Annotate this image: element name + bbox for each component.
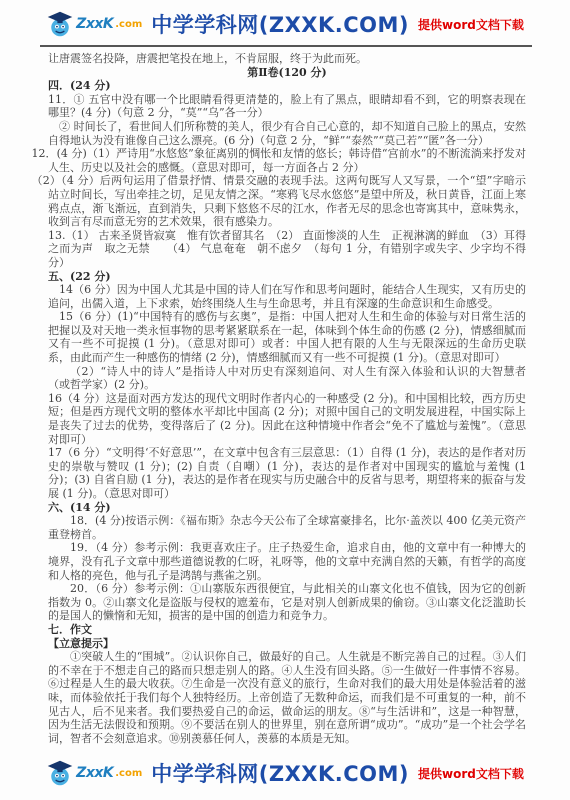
answer-16: 16（4 分）这是面对西方发达的现代文明时作者内心的一种感受 (2 分)。和中国… — [48, 392, 526, 446]
site-title-footer: 中学学科网(ZXXK.COM) — [151, 758, 409, 788]
answer-12-1: 12．(4 分)（1）严诗用“水悠悠”象征离别的惆怅和友情的悠长；韩诗借“宫前水… — [48, 147, 526, 174]
composition-hints: ①突破人生的“围城”。②认识你自己，做最好的自己。人生就是不断完善自己的过程。③… — [48, 650, 526, 745]
answer-13: 13.（1） 古来圣贤皆寂寞 惟有饮者留其名 （2） 直面惨淡的人生 正视淋漓的… — [48, 229, 526, 270]
brand-suffix: .com — [115, 19, 142, 30]
footer: ZxxK.com 中学学科网(ZXXK.COM) 提供word文档下载 — [0, 758, 570, 788]
intro-line: 让唐震签名投降，唐震把笔投在地上，不肯屈服，终于为此而死。 — [48, 52, 526, 66]
answer-18: 18．(4 分)按语示例：《福布斯》杂志今天公布了全球富豪排名，比尔·盖茨以 4… — [48, 514, 526, 541]
composition-hint-label: 【立意提示】 — [48, 637, 526, 651]
zxxk-logo: ZxxK.com — [46, 10, 142, 38]
brand-suffix: .com — [115, 768, 142, 779]
answer-20: 20．（6 分）参考示例：①山寨版东西很便宜，与此相关的山寨文化也不值钱，因为它… — [48, 582, 526, 623]
brand-text: ZxxK — [76, 16, 113, 32]
section-heading-5: 五、(22 分) — [48, 270, 526, 284]
zxxk-mascot-icon — [46, 10, 74, 38]
volume-title: 第Ⅱ卷(120 分) — [48, 66, 526, 80]
site-title: 中学学科网(ZXXK.COM) — [151, 9, 409, 39]
document-body: 让唐震签名投降，唐震把笔投在地上，不肯屈服，终于为此而死。 第Ⅱ卷(120 分)… — [48, 52, 526, 745]
document-page: ZxxK.com 中学学科网(ZXXK.COM) 提供word文档下载 让唐震签… — [0, 0, 570, 800]
brand-text: ZxxK — [76, 765, 113, 781]
download-tagline: 提供word文档下载 — [418, 16, 524, 33]
header-divider — [40, 45, 532, 47]
zxxk-logo-footer: ZxxK.com — [46, 759, 142, 787]
download-tagline-footer: 提供word文档下载 — [418, 765, 524, 782]
header: ZxxK.com 中学学科网(ZXXK.COM) 提供word文档下载 — [0, 9, 570, 39]
answer-11-2: ② 时间长了，看世间人们所称赞的美人，很少有合自己心意的，却不知道自己脸上的黑点… — [48, 120, 526, 147]
answer-14: 14（6 分）因为中国人尤其是中国的诗人们在写作和思考问题时，能结合人生现实，又… — [48, 283, 526, 310]
answer-12-2: （2）（4 分）后两句运用了借景抒情、情景交融的表现手法。这两句既写人又写景，一… — [48, 174, 526, 228]
answer-15-1: 15（6 分）(1)“中国特有的感伤与玄奥”，是指：中国人把对人生和生命的体验与… — [48, 310, 526, 364]
section-heading-7: 七．作文 — [48, 623, 526, 637]
section-heading-6: 六、(14 分) — [48, 501, 526, 515]
zxxk-mascot-icon — [46, 759, 74, 787]
answer-11-1: 11．① 五官中没有哪一个比眼睛看得更清楚的，脸上有了黑点，眼睛却看不到，它的明… — [48, 93, 526, 120]
answer-15-2: （2）“诗人中的诗人”是指诗人中对历史有深刻追问、对人生有深入体验和认识的大智慧… — [48, 365, 526, 392]
answer-19: 19．（4 分）参考示例：我更喜欢庄子。庄子热爱生命，追求自由，他的文章中有一种… — [48, 541, 526, 582]
section-heading-4: 四．(24 分) — [48, 79, 526, 93]
answer-17: 17（6 分）“文明得‘不好意思’”，在文章中包含有三层意思：（1）自得 (1 … — [48, 446, 526, 500]
